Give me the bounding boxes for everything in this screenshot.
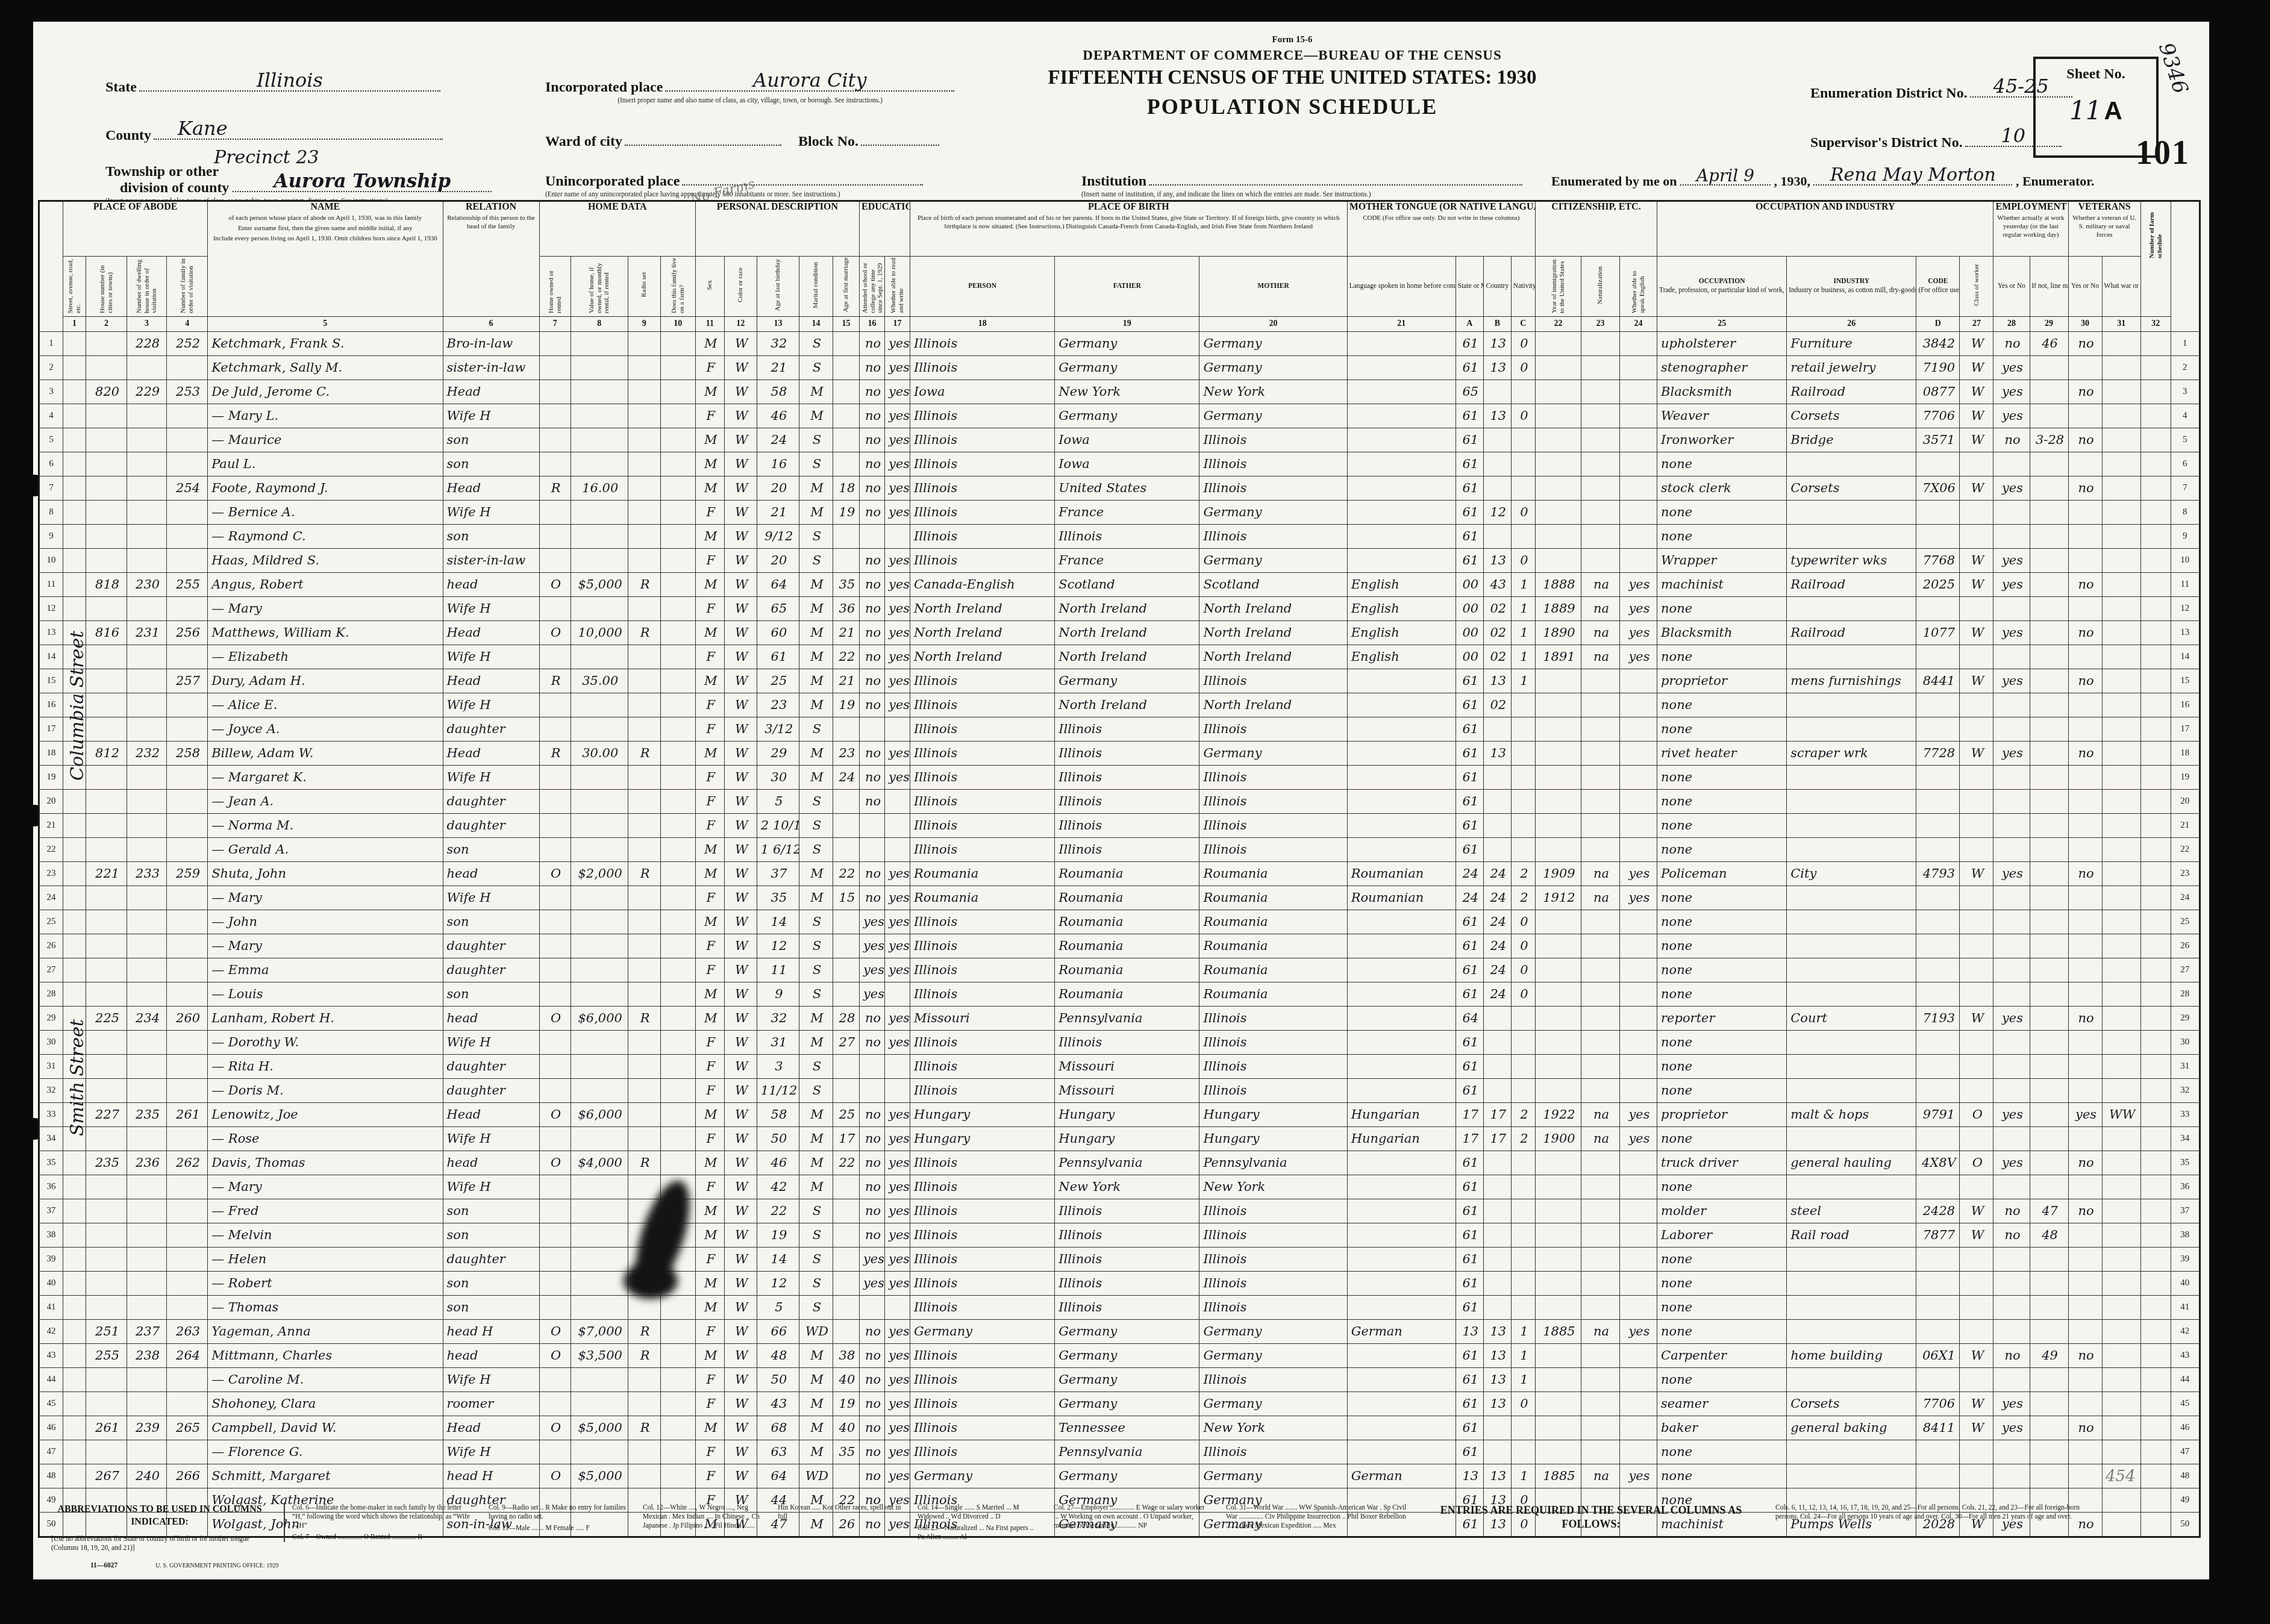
cell-immigration bbox=[1535, 693, 1581, 717]
cell-line-right: 42 bbox=[2171, 1319, 2200, 1343]
cell-owned bbox=[539, 813, 571, 837]
cell-farm bbox=[660, 1126, 695, 1151]
census-row: 2Ketchmark, Sally M.sister-in-lawFW21Sno… bbox=[39, 355, 2200, 379]
cell-naturalization bbox=[1581, 1391, 1619, 1416]
column-number-5: 5 bbox=[208, 316, 443, 331]
cell-farm-schedule bbox=[2140, 1247, 2171, 1271]
cell-birth-father: Roumania bbox=[1055, 910, 1199, 934]
cell-worked: yes bbox=[1993, 741, 2030, 765]
cell-birth-mother: Germany bbox=[1199, 1391, 1347, 1416]
census-row: 18812232258Billew, Adam W.HeadR30.00RMW2… bbox=[39, 741, 2200, 765]
cell-farm bbox=[660, 982, 695, 1006]
cell-language bbox=[1347, 1367, 1455, 1391]
cell-owned: O bbox=[539, 1006, 571, 1030]
cell-code-b: 17 bbox=[1483, 1102, 1511, 1126]
cell-farm bbox=[660, 452, 695, 476]
cell-farm bbox=[660, 1391, 695, 1416]
cell-naturalization bbox=[1581, 837, 1619, 861]
cell-farm bbox=[660, 428, 695, 452]
cell-value bbox=[571, 765, 628, 789]
cell-farm bbox=[660, 789, 695, 813]
cell-school: no bbox=[859, 1199, 884, 1223]
cell-english bbox=[1620, 1006, 1657, 1030]
cell-age-married: 19 bbox=[833, 693, 859, 717]
cell-unemployment-line bbox=[2030, 355, 2068, 379]
cell-farm bbox=[660, 548, 695, 572]
cell-code-a: 00 bbox=[1455, 620, 1483, 645]
cell-sex: M bbox=[695, 837, 724, 861]
cell-street bbox=[63, 1319, 86, 1343]
cell-read-write: yes bbox=[885, 355, 910, 379]
cell-line-right: 24 bbox=[2171, 885, 2200, 910]
cell-unemployment-line: 46 bbox=[2030, 331, 2068, 355]
cell-line: 32 bbox=[39, 1078, 63, 1102]
cell-street bbox=[63, 1151, 86, 1175]
cell-sex: F bbox=[695, 885, 724, 910]
cell-owned bbox=[539, 379, 571, 404]
column-header-24: Whether able to speak English bbox=[1620, 257, 1657, 317]
cell-language: English bbox=[1347, 620, 1455, 645]
cell-birth-person: Illinois bbox=[910, 428, 1055, 452]
cell-code-b bbox=[1483, 379, 1511, 404]
cell-birth-person: Illinois bbox=[910, 1367, 1055, 1391]
column-header-26: INDUSTRYIndustry or business, as cotton … bbox=[1787, 257, 1916, 317]
cell-birth-father: Illinois bbox=[1055, 741, 1199, 765]
cell-family: 264 bbox=[167, 1343, 208, 1367]
cell-house bbox=[86, 765, 127, 789]
cell-code-d bbox=[1916, 1440, 1960, 1464]
cell-code-c bbox=[1511, 1006, 1535, 1030]
cell-marital: S bbox=[799, 1199, 833, 1223]
cell-street bbox=[63, 837, 86, 861]
cell-immigration: 1909 bbox=[1535, 861, 1581, 885]
cell-immigration bbox=[1535, 765, 1581, 789]
cell-owned bbox=[539, 1078, 571, 1102]
cell-dwelling bbox=[127, 1078, 167, 1102]
cell-radio bbox=[628, 1102, 660, 1126]
cell-dwelling: 230 bbox=[127, 572, 167, 596]
cell-sex: M bbox=[695, 1416, 724, 1440]
cell-sex: F bbox=[695, 1030, 724, 1054]
cell-age-married: 40 bbox=[833, 1367, 859, 1391]
census-row: 44— Caroline M.Wife HFW50M40noyesIllinoi… bbox=[39, 1367, 2200, 1391]
cell-relation: Wife H bbox=[443, 1175, 539, 1199]
cell-age-married bbox=[833, 837, 859, 861]
cell-code-b: 13 bbox=[1483, 669, 1511, 693]
cell-age-married bbox=[833, 1054, 859, 1078]
cell-code-a: 61 bbox=[1455, 428, 1483, 452]
cell-immigration bbox=[1535, 1223, 1581, 1247]
cell-farm bbox=[660, 404, 695, 428]
cell-marital: M bbox=[799, 1343, 833, 1367]
cell-owned bbox=[539, 355, 571, 379]
cell-birth-person: Illinois bbox=[910, 837, 1055, 861]
cell-occupation: baker bbox=[1657, 1416, 1787, 1440]
cell-line: 42 bbox=[39, 1319, 63, 1343]
cell-birth-person: Illinois bbox=[910, 910, 1055, 934]
cell-line-right: 20 bbox=[2171, 789, 2200, 813]
cell-age: 42 bbox=[757, 1175, 799, 1199]
cell-veteran bbox=[2068, 524, 2102, 548]
cell-line-right: 29 bbox=[2171, 1006, 2200, 1030]
cell-read-write: yes bbox=[885, 1367, 910, 1391]
cell-house bbox=[86, 789, 127, 813]
cell-code-c: 1 bbox=[1511, 1367, 1535, 1391]
cell-relation: Wife H bbox=[443, 596, 539, 620]
cell-family bbox=[167, 548, 208, 572]
cell-read-write: yes bbox=[885, 1223, 910, 1247]
cell-worked bbox=[1993, 1271, 2030, 1295]
cell-value bbox=[571, 355, 628, 379]
cell-age-married: 22 bbox=[833, 861, 859, 885]
cell-unemployment-line bbox=[2030, 596, 2068, 620]
column-number-1: 1 bbox=[63, 316, 86, 331]
cell-race: W bbox=[724, 741, 757, 765]
cell-race: W bbox=[724, 524, 757, 548]
cell-immigration bbox=[1535, 428, 1581, 452]
cell-farm-schedule bbox=[2140, 476, 2171, 500]
cell-relation: Wife H bbox=[443, 500, 539, 524]
cell-farm bbox=[660, 1416, 695, 1440]
cell-unemployment-line bbox=[2030, 500, 2068, 524]
cell-farm bbox=[660, 620, 695, 645]
cell-english bbox=[1620, 1223, 1657, 1247]
column-number-22: 22 bbox=[1535, 316, 1581, 331]
cell-owned bbox=[539, 934, 571, 958]
cell-industry bbox=[1787, 500, 1916, 524]
cell-english bbox=[1620, 1175, 1657, 1199]
cell-sex: M bbox=[695, 1102, 724, 1126]
cell-age: 12 bbox=[757, 934, 799, 958]
cell-race: W bbox=[724, 1416, 757, 1440]
cell-dwelling bbox=[127, 548, 167, 572]
cell-english bbox=[1620, 428, 1657, 452]
cell-worked: no bbox=[1993, 1223, 2030, 1247]
cell-owned: O bbox=[539, 1151, 571, 1175]
census-row: 15257Dury, Adam H.HeadR35.00MW25M21noyes… bbox=[39, 669, 2200, 693]
cell-unemployment-line bbox=[2030, 1295, 2068, 1319]
cell-war bbox=[2102, 1271, 2140, 1295]
cell-relation: Wife H bbox=[443, 645, 539, 669]
cell-name: Billew, Adam W. bbox=[208, 741, 443, 765]
cell-value bbox=[571, 813, 628, 837]
cell-veteran: no bbox=[2068, 861, 2102, 885]
cell-radio bbox=[628, 765, 660, 789]
cell-read-write: yes bbox=[885, 379, 910, 404]
cell-war bbox=[2102, 982, 2140, 1006]
cell-language bbox=[1347, 741, 1455, 765]
cell-age-married: 24 bbox=[833, 765, 859, 789]
cell-relation: son bbox=[443, 452, 539, 476]
column-header-7: Home owned or rented bbox=[539, 257, 571, 317]
census-page: Form 15-6 DEPARTMENT OF COMMERCE—BUREAU … bbox=[33, 22, 2209, 1579]
cell-name: — Joyce A. bbox=[208, 717, 443, 741]
cell-code-b bbox=[1483, 1440, 1511, 1464]
cell-language bbox=[1347, 500, 1455, 524]
column-header-21: Language spoken in home before coming to… bbox=[1347, 257, 1455, 317]
cell-birth-mother: Roumania bbox=[1199, 910, 1347, 934]
cell-sex: F bbox=[695, 404, 724, 428]
cell-family bbox=[167, 1126, 208, 1151]
cell-code-b bbox=[1483, 1175, 1511, 1199]
cell-family bbox=[167, 837, 208, 861]
cell-occupation: none bbox=[1657, 1319, 1787, 1343]
cell-radio: R bbox=[628, 861, 660, 885]
cell-birth-mother: Illinois bbox=[1199, 428, 1347, 452]
cell-owned bbox=[539, 1367, 571, 1391]
column-header-16: Attended school or college any time sinc… bbox=[859, 257, 884, 317]
cell-age-married bbox=[833, 331, 859, 355]
cell-name: — Bernice A. bbox=[208, 500, 443, 524]
cell-occupation: none bbox=[1657, 958, 1787, 982]
cell-code-b bbox=[1483, 1247, 1511, 1271]
cell-owned bbox=[539, 958, 571, 982]
census-row: 34— RoseWife HFW50M17noyesHungaryHungary… bbox=[39, 1126, 2200, 1151]
cell-age-married: 22 bbox=[833, 1151, 859, 1175]
cell-class bbox=[1960, 452, 1993, 476]
cell-read-write: yes bbox=[885, 1199, 910, 1223]
cell-sex: F bbox=[695, 717, 724, 741]
cell-english: yes bbox=[1620, 645, 1657, 669]
cell-dwelling bbox=[127, 885, 167, 910]
cell-birth-father: North Ireland bbox=[1055, 596, 1199, 620]
cell-read-write: yes bbox=[885, 1102, 910, 1126]
census-row: 4— Mary L.Wife HFW46MnoyesIllinoisGerman… bbox=[39, 404, 2200, 428]
cell-house: 235 bbox=[86, 1151, 127, 1175]
cell-race: W bbox=[724, 669, 757, 693]
cell-veteran bbox=[2068, 404, 2102, 428]
enumerator-name: Rena May Morton bbox=[1813, 164, 2012, 186]
cell-code-a: 61 bbox=[1455, 669, 1483, 693]
census-row: 19— Margaret K.Wife HFW30M24noyesIllinoi… bbox=[39, 765, 2200, 789]
cell-name: Schmitt, Margaret bbox=[208, 1464, 443, 1488]
cell-age-married bbox=[833, 1199, 859, 1223]
census-row: 11818230255Angus, RobertheadO$5,000RMW64… bbox=[39, 572, 2200, 596]
column-header-2: House number (in cities or towns) bbox=[86, 257, 127, 317]
cell-war bbox=[2102, 1175, 2140, 1199]
cell-street bbox=[63, 548, 86, 572]
cell-age: 3 bbox=[757, 1054, 799, 1078]
column-number-19: 19 bbox=[1055, 316, 1199, 331]
column-number-32: 32 bbox=[2140, 316, 2171, 331]
cell-veteran: yes bbox=[2068, 1102, 2102, 1126]
cell-dwelling: 238 bbox=[127, 1343, 167, 1367]
cell-worked: yes bbox=[1993, 1391, 2030, 1416]
cell-occupation: upholsterer bbox=[1657, 331, 1787, 355]
cell-radio bbox=[628, 1054, 660, 1078]
cell-birth-person: Roumania bbox=[910, 861, 1055, 885]
cell-value: $2,000 bbox=[571, 861, 628, 885]
census-row: 39— HelendaughterFW14SyesyesIllinoisIlli… bbox=[39, 1247, 2200, 1271]
cell-worked bbox=[1993, 813, 2030, 837]
cell-code-a: 61 bbox=[1455, 1151, 1483, 1175]
cell-unemployment-line bbox=[2030, 1030, 2068, 1054]
cell-read-write: yes bbox=[885, 1416, 910, 1440]
cell-line-right: 27 bbox=[2171, 958, 2200, 982]
cell-line: 11 bbox=[39, 572, 63, 596]
cell-birth-father: Illinois bbox=[1055, 813, 1199, 837]
cell-name: — Raymond C. bbox=[208, 524, 443, 548]
cell-age-married bbox=[833, 1223, 859, 1247]
cell-immigration bbox=[1535, 1391, 1581, 1416]
cell-birth-person: Illinois bbox=[910, 934, 1055, 958]
cell-age: 14 bbox=[757, 910, 799, 934]
cell-occupation: none bbox=[1657, 837, 1787, 861]
cell-radio: R bbox=[628, 1343, 660, 1367]
cell-veteran bbox=[2068, 1367, 2102, 1391]
institution-label: Institution bbox=[1081, 173, 1146, 189]
cell-industry: mens furnishings bbox=[1787, 669, 1916, 693]
cell-birth-mother: Germany bbox=[1199, 1464, 1347, 1488]
cell-school: no bbox=[859, 861, 884, 885]
cell-radio bbox=[628, 1367, 660, 1391]
population-table-wrap: PLACE OF ABODENAMEof each person whose p… bbox=[38, 200, 2201, 1538]
cell-house bbox=[86, 524, 127, 548]
cell-owned bbox=[539, 1271, 571, 1295]
cell-birth-father: Roumania bbox=[1055, 982, 1199, 1006]
cell-veteran bbox=[2068, 958, 2102, 982]
cell-line-right: 36 bbox=[2171, 1175, 2200, 1199]
cell-sex: F bbox=[695, 1126, 724, 1151]
cell-line-right: 4 bbox=[2171, 404, 2200, 428]
cell-family bbox=[167, 1295, 208, 1319]
cell-birth-person: Illinois bbox=[910, 1440, 1055, 1464]
sheet-value: 11 bbox=[2069, 96, 2101, 125]
census-row: 14— ElizabethWife HFW61M22noyesNorth Ire… bbox=[39, 645, 2200, 669]
cell-relation: son bbox=[443, 1295, 539, 1319]
cell-code-b: 13 bbox=[1483, 1343, 1511, 1367]
cell-unemployment-line bbox=[2030, 452, 2068, 476]
cell-code-d: 8441 bbox=[1916, 669, 1960, 693]
cell-relation: head bbox=[443, 1151, 539, 1175]
cell-code-c: 0 bbox=[1511, 982, 1535, 1006]
cell-birth-person: Illinois bbox=[910, 1175, 1055, 1199]
cell-line: 35 bbox=[39, 1151, 63, 1175]
cell-line-right: 30 bbox=[2171, 1030, 2200, 1054]
cell-occupation: none bbox=[1657, 1295, 1787, 1319]
cell-dwelling bbox=[127, 813, 167, 837]
cell-age: 14 bbox=[757, 1247, 799, 1271]
cell-name: Dury, Adam H. bbox=[208, 669, 443, 693]
cell-family bbox=[167, 428, 208, 452]
cell-worked bbox=[1993, 1054, 2030, 1078]
cell-value: $6,000 bbox=[571, 1102, 628, 1126]
cell-line-right: 37 bbox=[2171, 1199, 2200, 1223]
cell-sex: F bbox=[695, 765, 724, 789]
cell-code-d bbox=[1916, 524, 1960, 548]
cell-age-married bbox=[833, 910, 859, 934]
cell-worked bbox=[1993, 1175, 2030, 1199]
cell-street bbox=[63, 910, 86, 934]
cell-veteran: no bbox=[2068, 476, 2102, 500]
cell-immigration bbox=[1535, 669, 1581, 693]
cell-immigration bbox=[1535, 934, 1581, 958]
cell-age: 32 bbox=[757, 331, 799, 355]
cell-age: 48 bbox=[757, 1343, 799, 1367]
cell-class bbox=[1960, 1054, 1993, 1078]
cell-occupation: Blacksmith bbox=[1657, 620, 1787, 645]
cell-english: yes bbox=[1620, 596, 1657, 620]
cell-age: 23 bbox=[757, 693, 799, 717]
cell-naturalization bbox=[1581, 355, 1619, 379]
cell-code-c bbox=[1511, 1223, 1535, 1247]
cell-relation: son bbox=[443, 910, 539, 934]
cell-birth-father: Illinois bbox=[1055, 837, 1199, 861]
cell-read-write bbox=[885, 1078, 910, 1102]
cell-code-a: 61 bbox=[1455, 1367, 1483, 1391]
cell-birth-mother: Illinois bbox=[1199, 717, 1347, 741]
cell-english: yes bbox=[1620, 1319, 1657, 1343]
cell-read-write bbox=[885, 789, 910, 813]
cell-war bbox=[2102, 837, 2140, 861]
cell-war bbox=[2102, 1440, 2140, 1464]
cell-farm-schedule bbox=[2140, 1343, 2171, 1367]
cell-birth-person: Illinois bbox=[910, 717, 1055, 741]
group-header: VETERANSWhether a veteran of U. S. milit… bbox=[2068, 201, 2140, 257]
cell-birth-person: Illinois bbox=[910, 500, 1055, 524]
cell-code-a: 61 bbox=[1455, 1440, 1483, 1464]
cell-family bbox=[167, 1054, 208, 1078]
cell-radio bbox=[628, 1078, 660, 1102]
column-header-11: Sex bbox=[695, 257, 724, 317]
cell-english bbox=[1620, 741, 1657, 765]
cell-unemployment-line bbox=[2030, 765, 2068, 789]
cell-birth-mother: Roumania bbox=[1199, 861, 1347, 885]
cell-sex: F bbox=[695, 1247, 724, 1271]
township-label: Township or other division of county Aur… bbox=[105, 164, 492, 196]
cell-marital: WD bbox=[799, 1319, 833, 1343]
cell-age: 63 bbox=[757, 1440, 799, 1464]
cell-dwelling: 235 bbox=[127, 1102, 167, 1126]
cell-unemployment-line bbox=[2030, 934, 2068, 958]
cell-code-b: 17 bbox=[1483, 1126, 1511, 1151]
cell-age: 11/12 bbox=[757, 1078, 799, 1102]
cell-code-b bbox=[1483, 1295, 1511, 1319]
cell-english bbox=[1620, 500, 1657, 524]
cell-occupation: none bbox=[1657, 1367, 1787, 1391]
cell-name: Angus, Robert bbox=[208, 572, 443, 596]
cell-birth-mother: Illinois bbox=[1199, 765, 1347, 789]
cell-worked bbox=[1993, 910, 2030, 934]
cell-worked: yes bbox=[1993, 1102, 2030, 1126]
cell-birth-father: Roumania bbox=[1055, 885, 1199, 910]
cell-birth-person: Illinois bbox=[910, 1416, 1055, 1440]
cell-read-write: yes bbox=[885, 1030, 910, 1054]
census-row: 43255238264Mittmann, CharlesheadO$3,500R… bbox=[39, 1343, 2200, 1367]
column-header-15: Age at first marriage bbox=[833, 257, 859, 317]
cell-farm-schedule bbox=[2140, 1391, 2171, 1416]
cell-code-a: 61 bbox=[1455, 910, 1483, 934]
cell-street bbox=[63, 596, 86, 620]
cell-read-write: yes bbox=[885, 910, 910, 934]
cell-read-write: yes bbox=[885, 693, 910, 717]
cell-code-c bbox=[1511, 813, 1535, 837]
cell-war bbox=[2102, 934, 2140, 958]
cell-age: 5 bbox=[757, 1295, 799, 1319]
cell-house bbox=[86, 1175, 127, 1199]
cell-value bbox=[571, 379, 628, 404]
cell-immigration bbox=[1535, 500, 1581, 524]
cell-language bbox=[1347, 1006, 1455, 1030]
cell-age: 3/12 bbox=[757, 717, 799, 741]
cell-english bbox=[1620, 717, 1657, 741]
cell-school: no bbox=[859, 1126, 884, 1151]
cell-naturalization bbox=[1581, 500, 1619, 524]
cell-street bbox=[63, 1367, 86, 1391]
cell-owned bbox=[539, 885, 571, 910]
cell-war bbox=[2102, 861, 2140, 885]
cell-code-c: 0 bbox=[1511, 1391, 1535, 1416]
